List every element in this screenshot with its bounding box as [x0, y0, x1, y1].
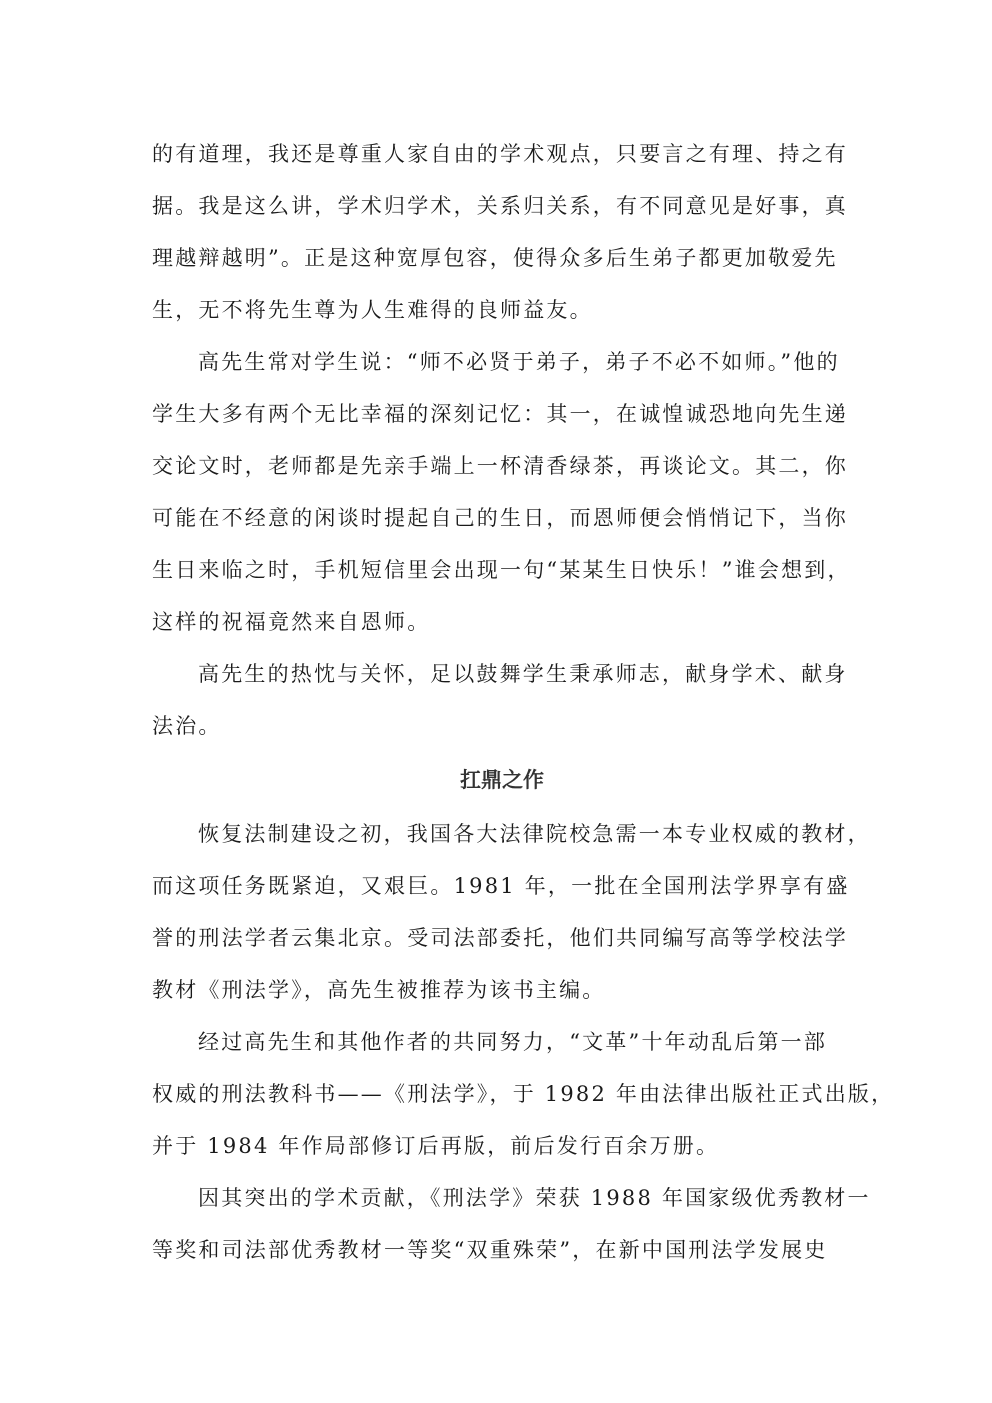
text-line: 经过高先生和其他作者的共同努力，“文革”十年动乱后第一部	[152, 1016, 852, 1068]
paragraph-textbook-origin: 恢复法制建设之初，我国各大法律院校急需一本专业权威的教材， 而这项任务既紧迫，又…	[152, 808, 852, 1016]
text-line: 可能在不经意的闲谈时提起自己的生日，而恩师便会悄悄记下，当你	[152, 492, 852, 544]
text-line: 这样的祝福竟然来自恩师。	[152, 596, 852, 648]
text-line: 法治。	[152, 700, 852, 752]
text-line: 交论文时，老师都是先亲手端上一杯清香绿茶，再谈论文。其二，你	[152, 440, 852, 492]
text-line: 理越辩越明”。正是这种宽厚包容，使得众多后生弟子都更加敬爱先	[152, 232, 852, 284]
paragraph-publication: 经过高先生和其他作者的共同努力，“文革”十年动乱后第一部 权威的刑法教科书——《…	[152, 1016, 852, 1172]
text-line: 生日来临之时，手机短信里会出现一句“某某生日快乐！”谁会想到，	[152, 544, 852, 596]
paragraph-academic-tolerance: 的有道理，我还是尊重人家自由的学术观点，只要言之有理、持之有 据。我是这么讲，学…	[152, 128, 852, 336]
document-body: 的有道理，我还是尊重人家自由的学术观点，只要言之有理、持之有 据。我是这么讲，学…	[152, 128, 852, 1276]
text-line: 据。我是这么讲，学术归学术，关系归关系，有不同意见是好事，真	[152, 180, 852, 232]
text-line: 生，无不将先生尊为人生难得的良师益友。	[152, 284, 852, 336]
text-line: 权威的刑法教科书——《刑法学》，于 1982 年由法律出版社正式出版，	[152, 1068, 852, 1120]
paragraph-awards: 因其突出的学术贡献，《刑法学》荣获 1988 年国家级优秀教材一 等奖和司法部优…	[152, 1172, 852, 1276]
text-line: 高先生常对学生说：“师不必贤于弟子，弟子不必不如师。”他的	[152, 336, 852, 388]
text-line: 教材《刑法学》，高先生被推荐为该书主编。	[152, 964, 852, 1016]
text-line: 并于 1984 年作局部修订后再版，前后发行百余万册。	[152, 1120, 852, 1172]
text-line: 誉的刑法学者云集北京。受司法部委托，他们共同编写高等学校法学	[152, 912, 852, 964]
text-line: 学生大多有两个无比幸福的深刻记忆：其一，在诚惶诚恐地向先生递	[152, 388, 852, 440]
document-page: 的有道理，我还是尊重人家自由的学术观点，只要言之有理、持之有 据。我是这么讲，学…	[0, 0, 992, 1403]
text-line: 的有道理，我还是尊重人家自由的学术观点，只要言之有理、持之有	[152, 128, 852, 180]
text-line: 高先生的热忱与关怀，足以鼓舞学生秉承师志，献身学术、献身	[152, 648, 852, 700]
text-line: 恢复法制建设之初，我国各大法律院校急需一本专业权威的教材，	[152, 808, 852, 860]
text-line: 等奖和司法部优秀教材一等奖“双重殊荣”，在新中国刑法学发展史	[152, 1224, 852, 1276]
paragraph-inspiration: 高先生的热忱与关怀，足以鼓舞学生秉承师志，献身学术、献身 法治。	[152, 648, 852, 752]
text-line: 而这项任务既紧迫，又艰巨。1981 年，一批在全国刑法学界享有盛	[152, 860, 852, 912]
text-line: 因其突出的学术贡献，《刑法学》荣获 1988 年国家级优秀教材一	[152, 1172, 852, 1224]
paragraph-teacher-student: 高先生常对学生说：“师不必贤于弟子，弟子不必不如师。”他的 学生大多有两个无比幸…	[152, 336, 852, 648]
section-heading: 扛鼎之作	[152, 752, 852, 808]
